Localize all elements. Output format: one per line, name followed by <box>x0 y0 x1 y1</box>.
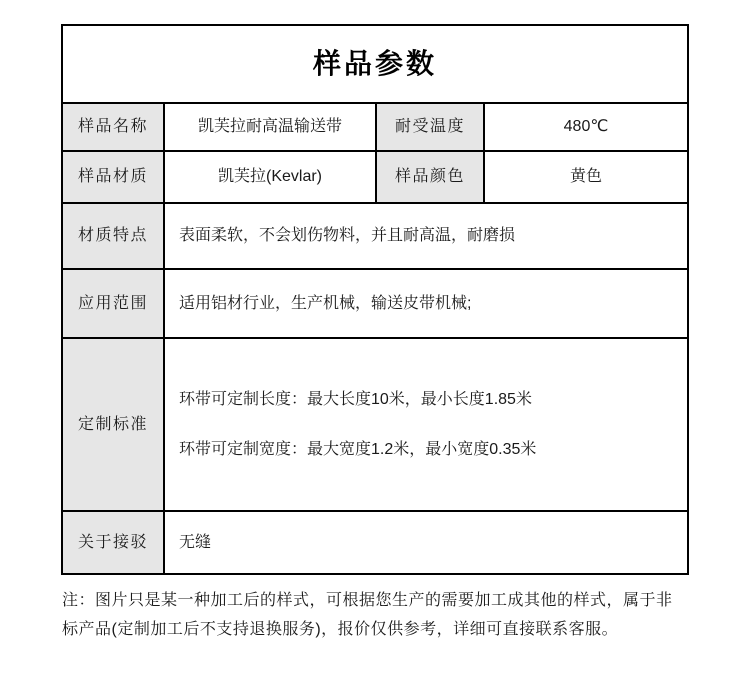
label-sample-material: 样品材质 <box>63 152 163 202</box>
value-sample-material: 凯芙拉(Kevlar) <box>165 152 375 202</box>
footnote-line-1: 注：图片只是某一种加工后的样式，可根据您生产的需要加工成其他的样式，属于非 <box>62 586 673 615</box>
table-title: 样品参数 <box>63 26 687 102</box>
value-application-range: 适用铝材行业，生产机械，输送皮带机械; <box>165 270 687 337</box>
sample-parameters-table: 样品参数 样品名称 凯芙拉耐高温输送带 耐受温度 480℃ 样品材质 凯芙拉(K… <box>61 24 689 575</box>
value-sample-name: 凯芙拉耐高温输送带 <box>165 104 375 150</box>
value-temperature-resistance: 480℃ <box>485 104 687 150</box>
label-customization-standard: 定制标准 <box>63 339 163 510</box>
customization-length-line: 环带可定制长度：最大长度10米，最小长度1.85米 <box>179 389 532 411</box>
footnote: 注：图片只是某一种加工后的样式，可根据您生产的需要加工成其他的样式，属于非 标产… <box>62 586 673 644</box>
value-about-joint: 无缝 <box>165 512 687 573</box>
label-temperature-resistance: 耐受温度 <box>377 104 483 150</box>
customization-width-line: 环带可定制宽度：最大宽度1.2米，最小宽度0.35米 <box>179 439 536 461</box>
value-customization-standard: 环带可定制长度：最大长度10米，最小长度1.85米 环带可定制宽度：最大宽度1.… <box>165 339 687 510</box>
label-application-range: 应用范围 <box>63 270 163 337</box>
label-sample-name: 样品名称 <box>63 104 163 150</box>
label-about-joint: 关于接驳 <box>63 512 163 573</box>
label-sample-color: 样品颜色 <box>377 152 483 202</box>
value-material-features: 表面柔软，不会划伤物料，并且耐高温，耐磨损 <box>165 204 687 268</box>
label-material-features: 材质特点 <box>63 204 163 268</box>
value-sample-color: 黄色 <box>485 152 687 202</box>
footnote-line-2: 标产品(定制加工后不支持退换服务)，报价仅供参考，详细可直接联系客服。 <box>62 615 673 644</box>
